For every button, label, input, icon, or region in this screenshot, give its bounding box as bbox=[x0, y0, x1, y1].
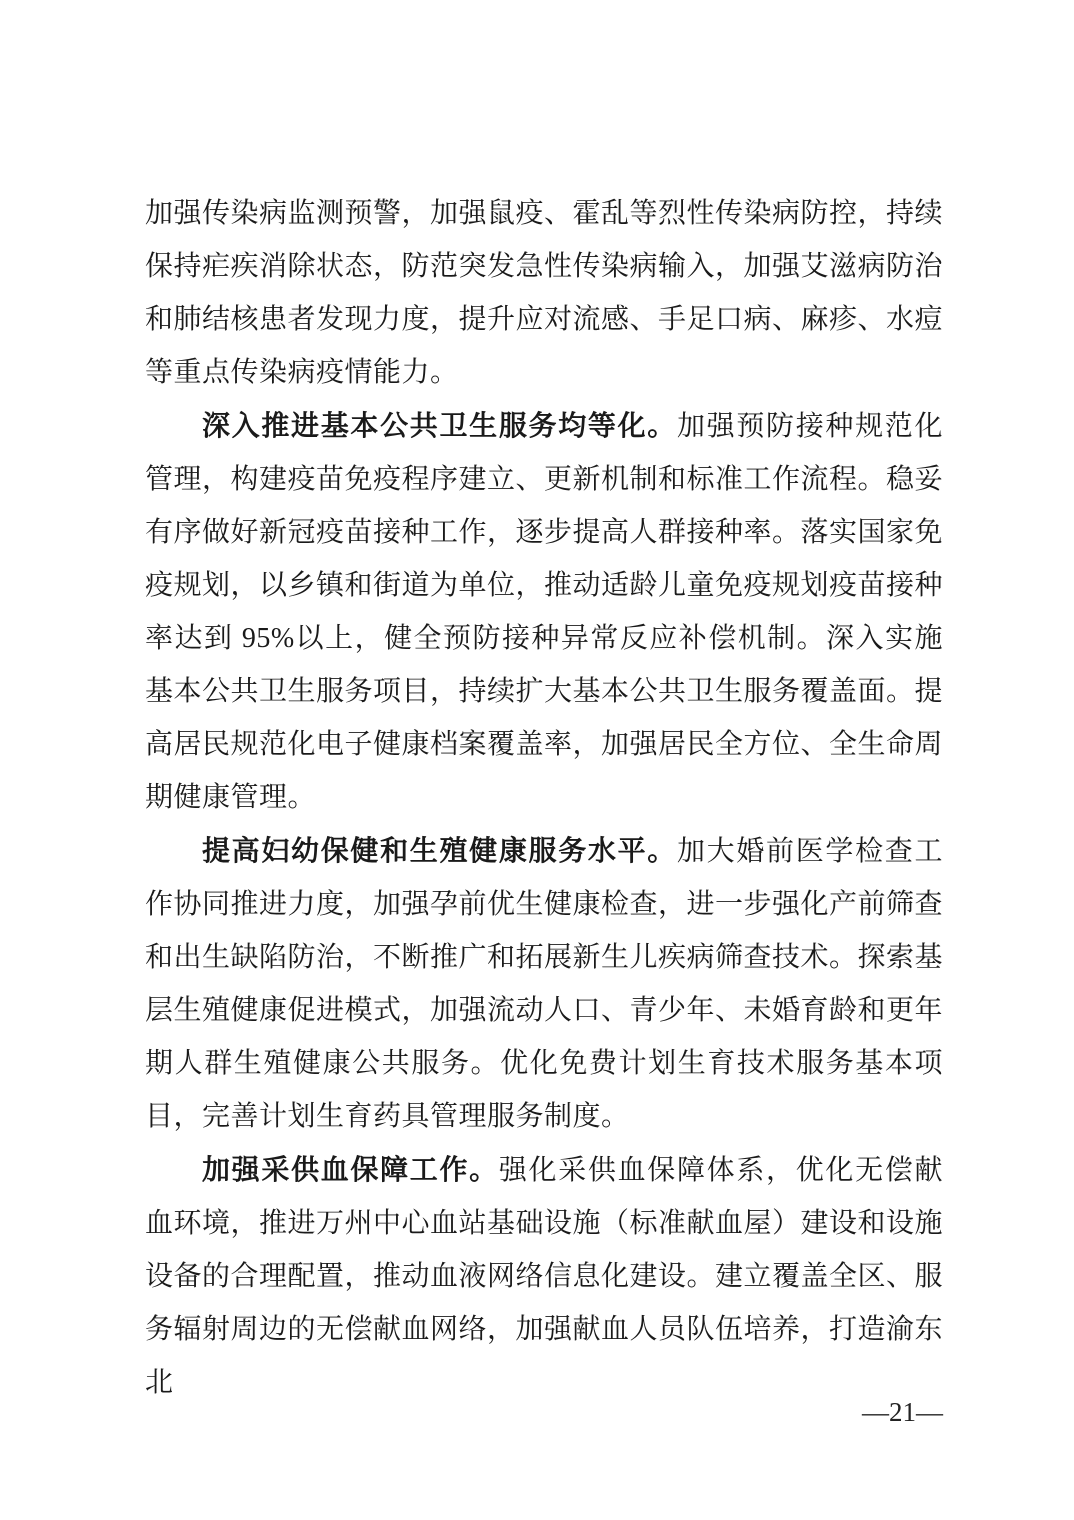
paragraph-text: 加强预防接种规范化管理，构建疫苗免疫程序建立、更新机制和标准工作流程。稳妥有序做… bbox=[145, 411, 943, 813]
paragraph: 加强采供血保障工作。强化采供血保障体系，优化无偿献血环境，推进万州中心血站基础设… bbox=[145, 1143, 943, 1409]
paragraph-text: 加大婚前医学检查工作协同推进力度，加强孕前优生健康检查，进一步强化产前筛查和出生… bbox=[145, 836, 943, 1132]
document-body: 加强传染病监测预警，加强鼠疫、霍乱等烈性传染病防控，持续保持疟疾消除状态，防范突… bbox=[145, 187, 943, 1409]
document-page: 加强传染病监测预警，加强鼠疫、霍乱等烈性传染病防控，持续保持疟疾消除状态，防范突… bbox=[0, 0, 1074, 1520]
paragraph-text: 强化采供血保障体系，优化无偿献血环境，推进万州中心血站基础设施（标准献血屋）建设… bbox=[145, 1155, 943, 1398]
paragraph-lead: 提高妇幼保健和生殖健康服务水平。 bbox=[202, 835, 677, 866]
paragraph-lead: 深入推进基本公共卫生服务均等化。 bbox=[202, 410, 677, 441]
paragraph: 提高妇幼保健和生殖健康服务水平。加大婚前医学检查工作协同推进力度，加强孕前优生健… bbox=[145, 824, 943, 1143]
paragraph-text: 加强传染病监测预警，加强鼠疫、霍乱等烈性传染病防控，持续保持疟疾消除状态，防范突… bbox=[145, 198, 943, 388]
paragraph: 加强传染病监测预警，加强鼠疫、霍乱等烈性传染病防控，持续保持疟疾消除状态，防范突… bbox=[145, 187, 943, 399]
paragraph-lead: 加强采供血保障工作。 bbox=[202, 1154, 499, 1185]
page-footer: —21— bbox=[145, 1398, 943, 1426]
paragraph: 深入推进基本公共卫生服务均等化。加强预防接种规范化管理，构建疫苗免疫程序建立、更… bbox=[145, 399, 943, 824]
page-number: —21— bbox=[862, 1397, 943, 1427]
